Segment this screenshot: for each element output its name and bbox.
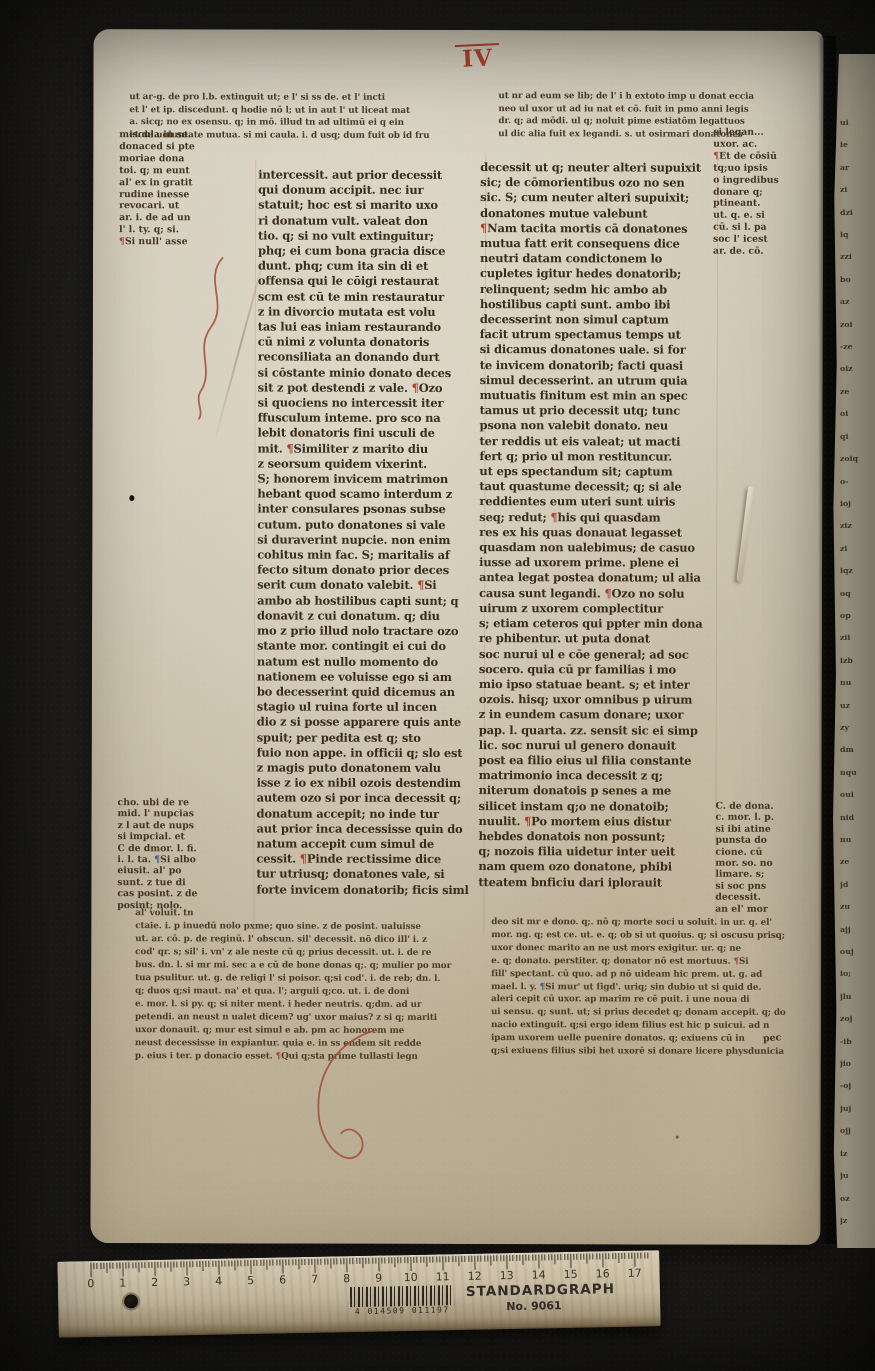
ruler-tick (548, 1254, 549, 1260)
ruler-tick (263, 1260, 264, 1266)
text-line: relinquent; sedm hic ambo ab (480, 282, 716, 298)
text-line: ut. q. e. si (713, 210, 821, 222)
ruler-tick (129, 1262, 130, 1268)
text-line: donavit z cui donatum. q; diu (257, 608, 485, 624)
text-line: ut. ar. cō. p. de reginū. l' obscun. sil… (135, 933, 480, 947)
text-line: qi (840, 426, 874, 448)
text-line: ojj (840, 1120, 874, 1142)
ruler-tick (167, 1262, 168, 1268)
text-line: tq;uo ipsis (713, 162, 821, 174)
text-line: si cōstante minio donato deces (258, 365, 486, 381)
text-line: jz (840, 1210, 874, 1232)
ruler-tick (241, 1260, 242, 1266)
ruler-tick (135, 1262, 136, 1268)
text-line: zi (840, 179, 874, 201)
text-line: re phibentur. ut puta donat (479, 631, 715, 647)
ruler-tick (628, 1253, 629, 1259)
blue-paragraph-mark: ¶ (154, 854, 160, 865)
text-line: ju (840, 1165, 874, 1187)
ruler-tick (529, 1255, 530, 1261)
text-line: al' voluit. tn (135, 907, 480, 921)
text-line: deo sit mr e dono. q;. nō q; morte soci … (491, 916, 825, 930)
text-line: op (840, 605, 874, 627)
text-line: seq; redut; ¶his qui quasdam (479, 510, 715, 526)
ruler-tick (164, 1262, 165, 1268)
ruler-tick (327, 1259, 328, 1265)
ruler-tick (381, 1258, 382, 1264)
text-line: zzi (840, 246, 874, 268)
text-line: zy (840, 717, 874, 739)
text-line: ze (840, 851, 874, 873)
ruler: 01234567891011121314151617 4 014509 0111… (57, 1250, 660, 1338)
text-line: i. l. ta. ¶Si albo (117, 854, 247, 866)
ruler-tick (250, 1260, 251, 1274)
text-line: niterum donatois p senes a me (479, 783, 715, 799)
ruler-tick (116, 1263, 117, 1269)
text-line: q; nozois filia uidetur inter ueit (478, 844, 714, 860)
ruler-tick (199, 1261, 200, 1267)
ruler-tick (161, 1262, 162, 1268)
text-line: ¶Si null' asse (119, 236, 249, 248)
text-line: e. q; donato. perstiter. q; donator nō e… (491, 955, 825, 969)
text-line: soc nurui ul e cōe general; ad soc (479, 647, 715, 663)
ruler-number: 0 (87, 1277, 94, 1290)
ruler-tick (417, 1257, 418, 1263)
text-line: oz (840, 1188, 874, 1210)
ruler-tick (516, 1255, 517, 1261)
ruler-number: 3 (183, 1275, 190, 1288)
text-line: hostilibus capti sunt. ambo ibi (480, 297, 716, 313)
ruler-tick (138, 1262, 139, 1272)
ruler-tick (637, 1253, 638, 1259)
ruler-tick (589, 1254, 590, 1260)
ruler-tick (471, 1256, 472, 1262)
text-line: si duraverint nupcie. non enim (257, 532, 485, 548)
ruler-tick (644, 1253, 645, 1259)
text-line: uz (840, 695, 874, 717)
text-line: q;si exiuens filius sibi het uxorē si do… (491, 1045, 825, 1059)
text-line: si soc pns (715, 881, 819, 893)
ruler-tick (212, 1261, 213, 1267)
barcode-bars (350, 1285, 454, 1307)
ruler-tick (225, 1261, 226, 1267)
main-text-column-1: intercessit. aut prior decessitqui donum… (256, 167, 486, 897)
ruler-tick (513, 1255, 514, 1261)
ruler-number: 2 (151, 1276, 158, 1289)
red-paragraph-mark: ¶ (604, 586, 611, 600)
text-line: dunt. phq; cum ita sin di et (258, 259, 486, 275)
ruler-tick (369, 1258, 370, 1264)
text-line: zoi (840, 314, 874, 336)
catchword: pec (763, 1032, 782, 1044)
text-line: al' ex in gratit (119, 177, 249, 189)
text-line: fecto situm donato prior deces (257, 563, 485, 579)
text-line: -ib (840, 1031, 874, 1053)
text-line: ajj (840, 919, 874, 941)
right-margin-notes-upper: si legan...uxor. ac.¶Et de cōsiūtq;uo ip… (713, 127, 821, 258)
ruler-tick (641, 1253, 642, 1259)
ruler-number: 8 (343, 1272, 350, 1285)
ruler-tick (413, 1257, 414, 1263)
text-line: si dicamus donatones uale. si for (480, 342, 716, 358)
ruler-tick (119, 1263, 120, 1269)
ruler-tick (260, 1260, 261, 1266)
text-line: s; etiam ceteros qui ppter min dona (479, 616, 715, 632)
text-line: sit z pot destendi z vale. ¶Ozo (258, 380, 486, 396)
red-paragraph-mark: ¶ (286, 441, 293, 455)
ruler-tick (599, 1253, 600, 1259)
text-line: mio ipso statuae beant. s; et inter (479, 677, 715, 693)
text-line: sic. S; cum neuter alteri supuixit; (480, 190, 716, 206)
ruler-tick (247, 1260, 248, 1266)
text-line: stagio ul ruina forte ul incen (257, 700, 485, 716)
ruler-tick (465, 1256, 466, 1262)
ruler-scale: 01234567891011121314151617 (57, 1250, 659, 1262)
ruler-tick (525, 1255, 526, 1261)
text-line: forte invicem donatorib; ficis siml (256, 882, 484, 898)
text-line: taut quastume decessit; q; si ale (479, 479, 715, 495)
text-line: donaced si pte (119, 141, 249, 153)
text-line: oi (840, 403, 874, 425)
ruler-tick (586, 1254, 587, 1264)
red-pen-flourish (299, 1022, 409, 1187)
ruler-tick (481, 1256, 482, 1262)
ruler-tick (404, 1257, 405, 1263)
left-margin-notes-lower: cho. ubi de remid. l' nupciasz l aut de … (117, 797, 247, 911)
text-line: uxor donec marito an ne ust mors exigitu… (491, 942, 825, 956)
adjacent-folio-edge: uiiearzidziiqzziboazzoi-zeoizzeoiqizoiqo… (833, 54, 875, 1248)
text-line: ozois. hisq; uxor omnibus p uirum (479, 692, 715, 708)
ruler-tick (100, 1263, 101, 1269)
ruler-tick (218, 1261, 219, 1275)
text-line: iusse ad uxorem prime. plene ei (479, 555, 715, 571)
text-line: lic. soc nurui ul genero donauit (479, 738, 715, 754)
ruler-tick (487, 1256, 488, 1262)
text-line: hebdes donatois non possunt; (478, 829, 714, 845)
ruler-tick (151, 1262, 152, 1268)
text-line: ioj (840, 493, 874, 515)
text-line: scm est cū te min restauratur (258, 289, 486, 305)
ruler-tick (174, 1262, 175, 1268)
ruler-tick (564, 1254, 565, 1260)
ruler-number: 7 (311, 1273, 318, 1286)
ruler-number: 4 (215, 1275, 222, 1288)
text-line: tur utriusq; donatones vale, si (256, 867, 484, 883)
ruler-tick (455, 1256, 456, 1262)
ruler-tick (349, 1258, 350, 1264)
text-line: eiusit. al' po (117, 866, 247, 878)
ruler-tick (97, 1263, 98, 1269)
text-line: C de dmor. l. fi. (117, 843, 247, 855)
ruler-tick (477, 1256, 478, 1262)
text-line: nuulit. ¶Po mortem eius distur (478, 814, 714, 830)
ruler-tick (228, 1260, 229, 1266)
ruler-tick (452, 1256, 453, 1262)
ruler-tick (295, 1259, 296, 1265)
ruler-tick (206, 1261, 207, 1267)
ruler-tick (132, 1262, 133, 1268)
text-line: reddientes eum uteri sunt uiris (479, 495, 715, 511)
text-line: o- (840, 471, 874, 493)
text-line: ie (840, 134, 874, 156)
ruler-tick (302, 1259, 303, 1265)
text-line: tas lui eas iniam restaurando (258, 320, 486, 336)
text-line: C. de dona. (716, 801, 820, 813)
text-line: rudine inesse (119, 189, 249, 201)
ruler-tick (318, 1259, 319, 1265)
text-line: uirum z uxorem complectitur (479, 601, 715, 617)
text-line: oui (840, 784, 874, 806)
ruler-tick (503, 1255, 504, 1261)
text-line: aleri cepit cū uxor. ap marim re cē puit… (491, 994, 825, 1008)
ruler-number: 1 (119, 1276, 126, 1289)
ruler-hole (124, 1294, 138, 1308)
text-line: iqz (840, 560, 874, 582)
text-line: a. sicq; no ex osensu. q; in mō. illud t… (129, 116, 447, 129)
text-line: serit cum donato valebit. ¶Si (257, 578, 485, 594)
ruler-tick (311, 1259, 312, 1265)
text-line: phq; ei cum bona gracia disce (258, 243, 486, 259)
ruler-number: 5 (247, 1274, 254, 1287)
ruler-model-label: No. 9061 (506, 1298, 626, 1313)
text-line: punsta do (715, 835, 819, 847)
ruler-number: 12 (468, 1270, 482, 1283)
ruler-tick (602, 1253, 603, 1267)
text-line: bus. dn. l. si mr mi. sec a e cū de bone… (135, 959, 480, 973)
ruler-tick (506, 1255, 507, 1269)
manuscript-photo: IV ut ar-g. de pro l.b. extinguit ut; e … (0, 0, 875, 1371)
text-line: si quociens no intercessit iter (258, 396, 486, 412)
ruler-tick (209, 1261, 210, 1267)
ruler-tick (410, 1257, 411, 1271)
ruler-tick (340, 1258, 341, 1264)
text-line: mutua fatt erit consequens dice (480, 236, 716, 252)
ruler-tick (557, 1254, 558, 1260)
ruler-tick (238, 1260, 239, 1266)
text-line: bo (840, 269, 874, 291)
red-paragraph-mark: ¶ (276, 1052, 282, 1062)
text-line: oq (840, 583, 874, 605)
ruler-tick (401, 1257, 402, 1263)
text-line: ar. i. de ad un (119, 212, 249, 224)
text-line: natum accepit cum simul de (256, 836, 484, 852)
ruler-number: 6 (279, 1273, 286, 1286)
text-line: zu (840, 896, 874, 918)
text-line: facit utrum spectamus temps ut (480, 327, 716, 343)
ruler-tick (346, 1258, 347, 1272)
ruler-tick (106, 1263, 107, 1273)
text-line: ut nr ad eum se lib; de l' i h extoto im… (498, 90, 820, 103)
ruler-tick (609, 1253, 610, 1259)
text-line: dio z si posse apparere quis ante (257, 715, 485, 731)
ruler-tick (244, 1260, 245, 1266)
ruler-tick (308, 1259, 309, 1265)
red-paragraph-mark: ¶ (550, 510, 557, 524)
ruler-tick (343, 1258, 344, 1264)
text-line: psona non valebit donato. neu (480, 419, 716, 435)
text-line: quasdam non ualebimus; de casuo (479, 540, 715, 556)
ruler-tick (442, 1256, 443, 1270)
red-paragraph-mark: ¶ (733, 956, 739, 966)
ruler-tick (180, 1261, 181, 1267)
ruler-tick (122, 1263, 123, 1277)
ruler-tick (500, 1255, 501, 1261)
ruler-tick (423, 1257, 424, 1263)
ruler-tick (538, 1255, 539, 1269)
text-line: simul decesserint. an utrum quia (480, 373, 716, 389)
text-line: autem ozo si por inca decessit q; (257, 791, 485, 807)
ruler-tick (612, 1253, 613, 1259)
text-line: ut eps spectandum sit; captum (479, 464, 715, 480)
text-line: mid. l' nupcias (118, 809, 248, 821)
red-paragraph-mark: ¶ (480, 221, 487, 235)
ruler-tick (286, 1259, 287, 1265)
text-line: az (840, 291, 874, 313)
text-line: cione. cū (715, 846, 819, 858)
text-line: -ze (840, 336, 874, 358)
ruler-tick (468, 1256, 469, 1262)
text-line: cū nimi z volunta donatoris (258, 335, 486, 351)
ruler-tick (532, 1255, 533, 1261)
text-line: cas posint. z de (117, 888, 247, 900)
text-line: nam quem ozo donatone, phibi (478, 859, 714, 875)
red-paragraph-mark: ¶ (524, 814, 531, 828)
text-line: nqu (840, 762, 874, 784)
text-line: lebit donatoris fini usculi de (258, 426, 486, 442)
ruler-tick (378, 1258, 379, 1272)
text-line: et l' et ip. discedunt. q hodie nō l; ut… (129, 104, 447, 117)
text-line: q; duos q;si maut. na' et qua. l'; argui… (135, 985, 480, 999)
ruler-tick (615, 1253, 616, 1259)
text-line: ut ar-g. de pro l.b. extinguit ut; e l' … (129, 91, 447, 104)
ruler-tick (356, 1258, 357, 1264)
text-line: juj (840, 1098, 874, 1120)
text-line: iz (840, 1143, 874, 1165)
text-line: iq (840, 224, 874, 246)
text-line: mael. l. y. ¶Si mur' ut figd'. uriq; sin… (491, 981, 825, 995)
main-text-column-2: decessit ut q; neuter alteri supuixitsic… (478, 160, 716, 890)
text-line: donatones mutue valebunt (480, 206, 716, 222)
text-line: zoiq (840, 448, 874, 470)
text-line: dzi (840, 202, 874, 224)
barcode-digits: 4 014509 011197 (348, 1305, 456, 1316)
text-line: z in eundem casum donare; uxor (479, 707, 715, 723)
text-line: ¶Nam tacita mortis cā donatones (480, 221, 716, 237)
text-line: neutri datam condictonem lo (480, 251, 716, 267)
text-line: ar. de. cō. (713, 246, 821, 258)
ruler-brand-label: STANDARDGRAPH (466, 1280, 656, 1300)
ruler-tick (110, 1263, 111, 1269)
text-line: ar (840, 157, 874, 179)
text-line: uxor. ac. (713, 139, 821, 151)
ruler-tick (394, 1257, 395, 1267)
ruler-tick (433, 1257, 434, 1263)
ruler-tick (561, 1254, 562, 1260)
text-line: matrimonio inca decessit z q; (479, 768, 715, 784)
ruler-tick (170, 1262, 171, 1272)
barcode: 4 014509 011197 (350, 1285, 455, 1317)
text-line: nu (840, 829, 874, 851)
ruler-tick (158, 1262, 159, 1268)
text-line: nationem ee voluisse ego si am (257, 669, 485, 685)
text-line: silicet instam q;o ne donatoib; (479, 799, 715, 815)
ruler-number: 16 (596, 1267, 610, 1280)
text-line: isse z io ex nibil ozois destendim (257, 776, 485, 792)
text-line: ui (840, 112, 874, 134)
ruler-tick (305, 1259, 306, 1265)
ruler-tick (647, 1252, 648, 1258)
ruler-tick (618, 1253, 619, 1263)
text-line: neo ul uxor ut ad iu nat et cō. fuit in … (498, 103, 820, 116)
text-line: revocari. ut (119, 201, 249, 213)
ruler-tick (621, 1253, 622, 1259)
ruler-tick (90, 1263, 91, 1277)
ruler-tick (103, 1263, 104, 1269)
text-line: res ex his quas donauat legasset (479, 525, 715, 541)
text-line: oiz (840, 358, 874, 380)
text-line: nu (840, 672, 874, 694)
ruler-tick (196, 1261, 197, 1267)
text-line: soc l' icest (713, 234, 821, 246)
text-line: ter reddis ut eis valeat; ut macti (479, 434, 715, 450)
text-line: c. mor. l. p. (716, 812, 820, 824)
ruler-number: 11 (436, 1270, 450, 1283)
red-paragraph-mark: ¶ (119, 236, 125, 247)
ruler-tick (567, 1254, 568, 1260)
text-line: hebant quod scamo interdum z (257, 487, 485, 503)
ruler-tick (458, 1256, 459, 1266)
text-line: ri donatum vult. valeat don (258, 213, 486, 229)
text-line: mo z prio illud nolo tractare ozo (257, 624, 485, 640)
text-line: sunt. z tue di (117, 877, 247, 889)
folio-number: IV (455, 43, 500, 73)
text-line: aut prior inca decessisse quin do (256, 821, 484, 837)
text-line: si ibi atine (715, 823, 819, 835)
ruler-tick (631, 1253, 632, 1259)
ruler-tick (509, 1255, 510, 1261)
parchment-folio: IV ut ar-g. de pro l.b. extinguit ut; e … (90, 29, 823, 1245)
ruler-tick (190, 1261, 191, 1267)
ruler-tick (330, 1259, 331, 1269)
ruler-number: 14 (532, 1268, 546, 1281)
ruler-tick (334, 1258, 335, 1264)
ruler-tick (420, 1257, 421, 1263)
text-line: z l aut de nups (117, 820, 247, 832)
text-line: fill' spectant. cū quo. ad p nō uideam h… (491, 968, 825, 982)
ruler-tick (583, 1254, 584, 1260)
text-line: decesserint non simul captum (480, 312, 716, 328)
text-line: si legan... (713, 127, 821, 139)
ruler-tick (282, 1259, 283, 1273)
ruler-tick (490, 1255, 491, 1265)
ruler-tick (426, 1257, 427, 1267)
ruler-tick (625, 1253, 626, 1259)
ruler-tick (372, 1258, 373, 1264)
text-line: spuit; per pedita est q; sto (257, 730, 485, 746)
ruler-tick (359, 1258, 360, 1264)
text-line: limare. s; (715, 869, 819, 881)
ruler-tick (519, 1255, 520, 1261)
text-line: toi. q; m eunt (119, 165, 249, 177)
blue-paragraph-mark: ¶ (540, 982, 546, 992)
text-line: jio (840, 1053, 874, 1075)
text-line: jlu (840, 986, 874, 1008)
red-paragraph-mark: ¶ (300, 852, 307, 866)
ruler-tick (461, 1256, 462, 1262)
ruler-tick (573, 1254, 574, 1260)
text-line: socero. quia cū pr familias i mo (479, 662, 715, 678)
ruler-tick (234, 1260, 235, 1270)
